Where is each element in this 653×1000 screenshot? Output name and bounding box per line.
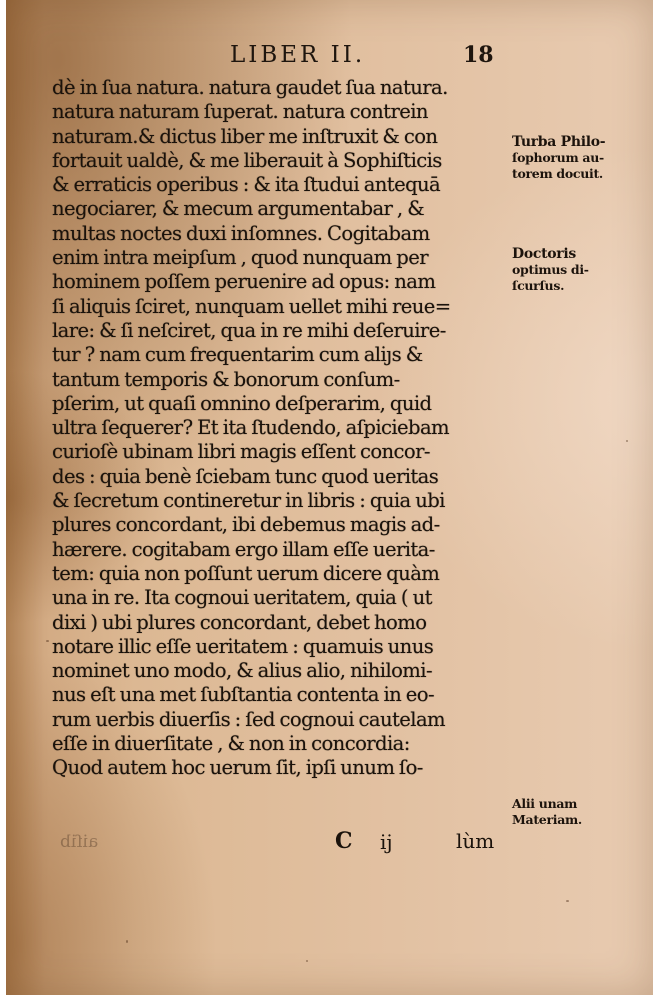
text-line: eſſe in diuerſitate , & non in concordia…: [52, 732, 504, 756]
text-line: enim intra meipſum , quod nunquam per: [52, 246, 504, 270]
text-line: ſi aliquis ſciret, nunquam uellet mihi r…: [52, 295, 504, 319]
text-line: tur ? nam cum frequentarim cum aliȷs &: [52, 343, 504, 367]
text-line: & erraticis operibus : & ita ſtudui ante…: [52, 173, 504, 197]
text-line: una in re. Ita cognoui ueritatem, quia (…: [52, 586, 504, 610]
text-line: nus eſt una met ſubſtantia contenta in e…: [52, 683, 504, 707]
margin-note-line: Doctoris: [512, 246, 589, 262]
body-text: dè in ſua natura. natura gaudet ſua natu…: [52, 76, 504, 781]
signature-mark: C: [335, 828, 353, 854]
text-line: hominem poſſem peruenire ad opus: nam: [52, 270, 504, 294]
paper-speck: [126, 940, 128, 943]
text-line: naturam.& dictus liber me inſtruxit & co…: [52, 125, 504, 149]
paper-speck: [566, 900, 569, 902]
margin-note-turba: Turba Philo- ſophorum au- torem docuit.: [512, 134, 605, 182]
text-line: natura naturam ſuperat. natura contrein: [52, 100, 504, 124]
bleed-through-text: aiſib: [60, 832, 98, 852]
margin-note-line: Alii unam: [512, 796, 582, 812]
text-line: notare illic eſſe ueritatem : quamuis un…: [52, 635, 504, 659]
text-line: rum uerbis diuerſis : ſed cognoui cautel…: [52, 708, 504, 732]
text-line: pſerim, ut quaſi omnino deſperarim, quid: [52, 392, 504, 416]
text-line: lare: & ſi neſciret, qua in re mihi deſe…: [52, 319, 504, 343]
margin-note-line: optimus di-: [512, 262, 589, 278]
text-line: tem: quia non poſſunt uerum dicere quàm: [52, 562, 504, 586]
text-line: ultra ſequerer? Et ita ſtudendo, aſpicie…: [52, 416, 504, 440]
paper-speck: [306, 960, 308, 962]
text-line: negociarer, & mecum argumentabar , &: [52, 197, 504, 221]
text-line: hærere. cogitabam ergo illam eſſe uerita…: [52, 538, 504, 562]
text-line: tantum temporis & bonorum conſum-: [52, 368, 504, 392]
margin-note-line: Materiam.: [512, 812, 582, 828]
text-line: dè in ſua natura. natura gaudet ſua natu…: [52, 76, 504, 100]
text-line: & ſecretum contineretur in libris : quia…: [52, 489, 504, 513]
running-head: LIBER II. 18: [6, 42, 653, 76]
text-line: Quod autem hoc uerum ſit, ipſi unum ſo-: [52, 756, 504, 780]
text-line: des : quia benè ſciebam tunc quod uerita…: [52, 465, 504, 489]
catchword: lùm: [456, 829, 494, 853]
paper-speck: [46, 640, 49, 642]
text-line: fortauit ualdè, & me liberauit à Sophiſt…: [52, 149, 504, 173]
text-line: multas noctes duxi inſomnes. Cogitabam: [52, 222, 504, 246]
margin-note-doctoris: Doctoris optimus di- ſcurſus.: [512, 246, 589, 294]
catchline: aiſib C ij lùm: [6, 828, 653, 856]
text-line: nominet uno modo, & alius alio, nihilomi…: [52, 659, 504, 683]
page-number: 18: [463, 42, 494, 68]
text-line: curioſè ubinam libri magis eſſent concor…: [52, 440, 504, 464]
running-head-title: LIBER II.: [230, 42, 365, 68]
signature-number: ij: [380, 830, 393, 854]
margin-note-line: ſcurſus.: [512, 278, 589, 294]
margin-note-line: ſophorum au-: [512, 150, 605, 166]
text-line: dixi ) ubi plures concordant, debet homo: [52, 611, 504, 635]
margin-note-alii: Alii unam Materiam.: [512, 796, 582, 828]
book-page: LIBER II. 18 dè in ſua natura. natura ga…: [6, 0, 653, 995]
text-line: plures concordant, ibi debemus magis ad-: [52, 513, 504, 537]
margin-note-line: torem docuit.: [512, 166, 605, 182]
margin-note-line: Turba Philo-: [512, 134, 605, 150]
paper-speck: [626, 440, 628, 442]
